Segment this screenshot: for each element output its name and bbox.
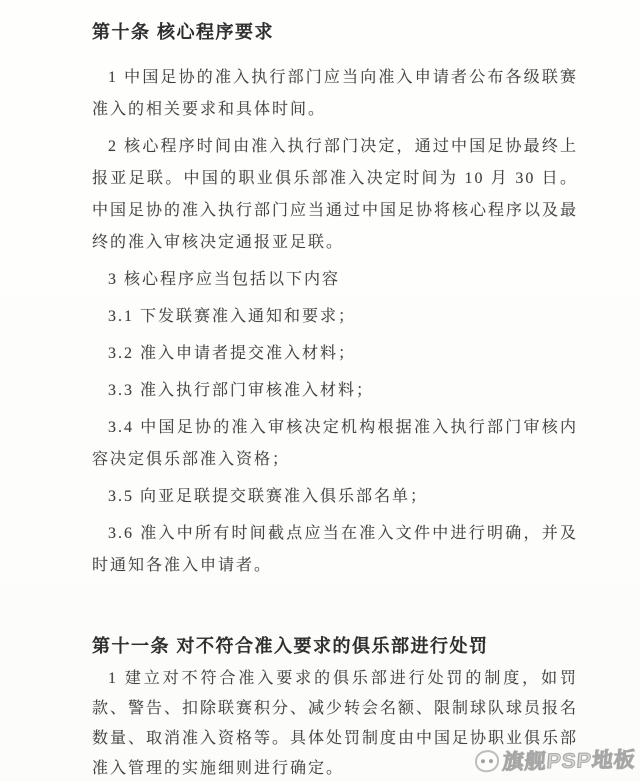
article-10-item-3-4: 3.4 中国足协的准入审核决定机构根据准入执行部门审核内容决定俱乐部准入资格； (92, 412, 578, 476)
article-10-item-3-6: 3.6 准入中所有时间截点应当在准入文件中进行明确，并及时通知各准入申请者。 (92, 518, 578, 582)
article-10-section: 第十条 核心程序要求 1 中国足协的准入执行部门应当向准入申请者公布各级联赛准入… (92, 18, 578, 582)
article-10-item-3-2: 3.2 准入申请者提交准入材料； (92, 338, 578, 370)
article-10-paragraph-1: 1 中国足协的准入执行部门应当向准入申请者公布各级联赛准入的相关要求和具体时间。 (92, 62, 578, 126)
article-10-paragraph-3: 3 核心程序应当包括以下内容 (92, 264, 578, 296)
article-10-item-3-1: 3.1 下发联赛准入通知和要求； (92, 301, 578, 333)
article-10-item-3-5: 3.5 向亚足联提交联赛准入俱乐部名单； (92, 481, 578, 513)
article-10-heading: 第十条 核心程序要求 (92, 18, 578, 46)
document-page: 第十条 核心程序要求 1 中国足协的准入执行部门应当向准入申请者公布各级联赛准入… (0, 0, 640, 781)
article-11-paragraph-1: 1 建立对不符合准入要求的俱乐部进行处罚的制度，如罚款、警告、扣除联赛积分、减少… (92, 664, 578, 781)
article-11-heading: 第十一条 对不符合准入要求的俱乐部进行处罚 (92, 632, 578, 660)
article-10-item-3-3: 3.3 准入执行部门审核准入材料； (92, 375, 578, 407)
article-11-section: 第十一条 对不符合准入要求的俱乐部进行处罚 1 建立对不符合准入要求的俱乐部进行… (92, 632, 578, 781)
article-10-paragraph-2: 2 核心程序时间由准入执行部门决定，通过中国足协最终上报亚足联。中国的职业俱乐部… (92, 131, 578, 259)
